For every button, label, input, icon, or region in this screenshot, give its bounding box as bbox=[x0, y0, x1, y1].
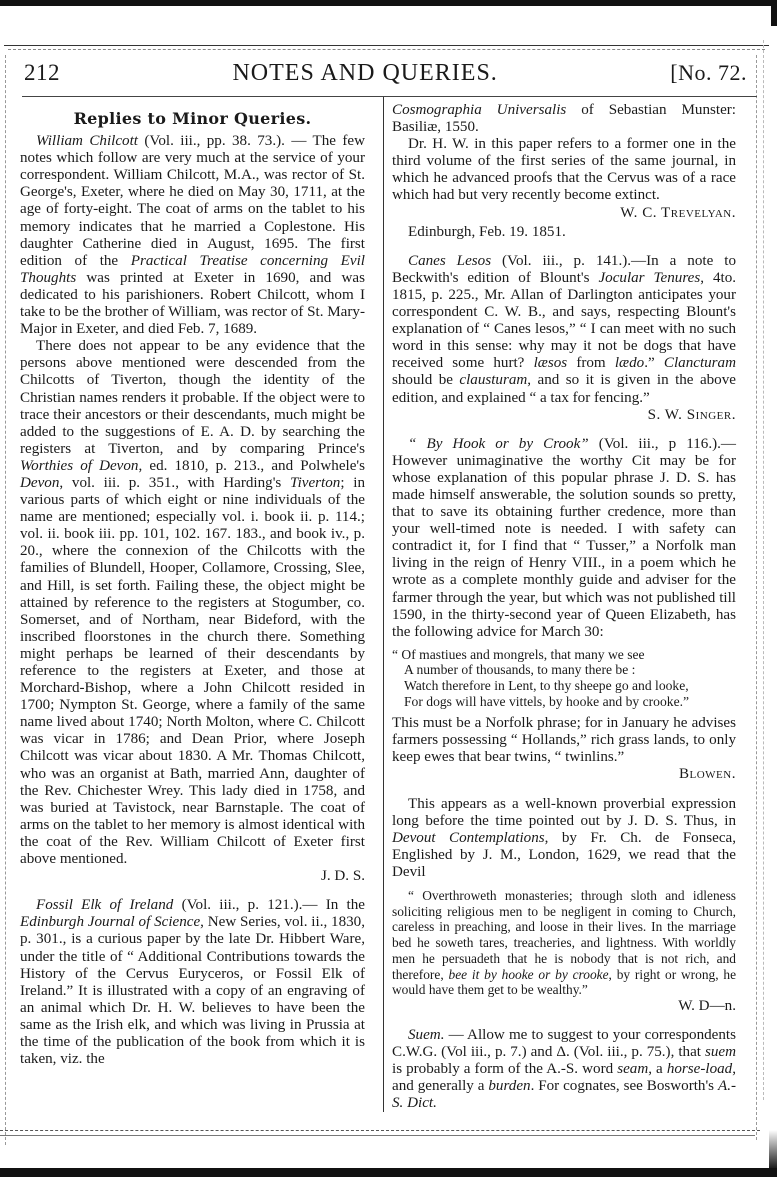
signature: Blowen. bbox=[392, 766, 736, 783]
article-suem: Suem. — Allow me to suggest to your corr… bbox=[392, 1027, 736, 1112]
article-fossil-elk-p1: Fossil Elk of Ireland (Vol. iii., p. 121… bbox=[20, 897, 365, 1068]
page-header: 212 NOTES AND QUERIES. [No. 72. bbox=[24, 56, 747, 90]
book-title: Devout Contemplations bbox=[392, 830, 545, 846]
page-border-right bbox=[756, 55, 757, 1140]
article-reference: (Vol. iii., pp. 38. 73.). bbox=[144, 133, 285, 149]
article-text: . For cognates, see Bosworth's bbox=[531, 1078, 718, 1094]
page-border-left bbox=[5, 55, 6, 1145]
article-text: — In the bbox=[302, 897, 365, 913]
article-text: , New Series, vol. ii., 1830, p. 301., i… bbox=[20, 914, 365, 1067]
header-rule bbox=[22, 96, 757, 97]
word: burden bbox=[488, 1078, 530, 1094]
quote-italic: bee it by hooke or by crooke bbox=[449, 967, 609, 982]
verse-line: For dogs will have vittels, by hooke and… bbox=[392, 694, 736, 710]
article-title: Canes Lesos bbox=[408, 253, 491, 269]
article-fossil-elk-p2: Dr. H. W. in this paper refers to a form… bbox=[392, 136, 736, 221]
article-chilcott-p2: There does not appear to be any evidence… bbox=[20, 338, 365, 885]
page-number: 212 bbox=[24, 60, 60, 86]
article-text: is probably a form of the A.-S. word bbox=[392, 1061, 617, 1077]
article-text: from bbox=[567, 355, 615, 371]
word: horse-load bbox=[667, 1061, 732, 1077]
verse-line: A number of thousands, to many there be … bbox=[392, 662, 736, 678]
article-hook-or-crook-after-verse: This must be a Norfolk phrase; for in Ja… bbox=[392, 715, 736, 783]
page-border-right-outer bbox=[763, 40, 764, 1100]
scan-top-edge bbox=[0, 0, 777, 6]
article-text: should be bbox=[392, 372, 459, 388]
running-title: NOTES AND QUERIES. bbox=[232, 60, 497, 87]
page-border-bottom bbox=[0, 1130, 760, 1131]
latin-word: clausturam bbox=[459, 372, 527, 388]
latin-word: læsos bbox=[534, 355, 568, 371]
journal-title: Edinburgh Journal of Science bbox=[20, 914, 200, 930]
book-title: Worthies of Devon bbox=[20, 458, 138, 474]
article-title: Fossil Elk of Ireland bbox=[36, 897, 173, 913]
article-text: — The few notes which follow are very mu… bbox=[20, 133, 365, 269]
issue-number: [No. 72. bbox=[670, 60, 747, 86]
signature: J. D. S. bbox=[20, 868, 365, 885]
article-text: There does not appear to be any evidence… bbox=[20, 338, 365, 457]
article-text: , vol. iii. p. 351., with Harding's bbox=[59, 475, 290, 491]
verse-line: “ Of mastiues and mongrels, that many we… bbox=[392, 647, 736, 663]
verse-line: Watch therefore in Lent, to thy sheepe g… bbox=[392, 678, 736, 694]
block-quotation: “ Overthroweth monasteries; through slot… bbox=[392, 888, 736, 998]
scan-page-curl bbox=[771, 0, 777, 26]
signature: W. D—n. bbox=[392, 998, 736, 1015]
article-title: William Chilcott bbox=[36, 133, 138, 149]
book-title: Jocular Tenures bbox=[598, 270, 700, 286]
signature: W. C. Trevelyan. bbox=[392, 205, 736, 222]
article-reference: (Vol. iii., p. 141.). bbox=[502, 253, 631, 269]
article-chilcott-p1: William Chilcott (Vol. iii., pp. 38. 73.… bbox=[20, 133, 365, 338]
article-text: — Allow me to suggest to your correspond… bbox=[392, 1027, 736, 1060]
latin-word: lædo bbox=[615, 355, 644, 371]
article-title: “ By Hook or by Crook” bbox=[408, 436, 589, 452]
book-title: Tiverton bbox=[290, 475, 340, 491]
dateline: Edinburgh, Feb. 19. 1851. bbox=[392, 224, 736, 241]
page-border-top bbox=[4, 45, 769, 46]
book-title: Cosmographia Universalis bbox=[392, 102, 566, 118]
article-text: , a bbox=[648, 1061, 667, 1077]
page-border-bottom-outer bbox=[0, 1135, 755, 1136]
right-column: Cosmographia Universalis of Sebastian Mu… bbox=[392, 102, 736, 1113]
verse-quotation: “ Of mastiues and mongrels, that many we… bbox=[392, 647, 736, 709]
scan-page-curl-bottom bbox=[769, 1130, 777, 1170]
signature: S. W. Singer. bbox=[392, 407, 736, 424]
article-hook-or-crook-reply: This appears as a well-known proverbial … bbox=[392, 796, 736, 881]
article-text: This must be a Norfolk phrase; for in Ja… bbox=[392, 715, 736, 765]
word: seam bbox=[617, 1061, 648, 1077]
article-reference: (Vol. iii., p. 121.). bbox=[182, 897, 303, 913]
article-fossil-elk-continued: Cosmographia Universalis of Sebastian Mu… bbox=[392, 102, 736, 136]
scan-bottom-edge bbox=[0, 1168, 777, 1177]
article-text: , ed. 1810, p. 213., and Polwhele's bbox=[138, 458, 365, 474]
word: suem bbox=[705, 1044, 736, 1060]
article-text: Dr. H. W. in this paper refers to a form… bbox=[392, 136, 736, 203]
article-text: ; in various parts of which eight or nin… bbox=[20, 475, 365, 867]
article-title: Suem. bbox=[408, 1027, 444, 1043]
left-column: Replies to Minor Queries. William Chilco… bbox=[20, 100, 365, 1068]
article-text: .” bbox=[644, 355, 664, 371]
article-reference: (Vol. iii., p 116.). bbox=[599, 436, 721, 452]
article-hook-or-crook: “ By Hook or by Crook” (Vol. iii., p 116… bbox=[392, 436, 736, 641]
latin-word: Clancturam bbox=[664, 355, 736, 371]
article-canes-lesos: Canes Lesos (Vol. iii., p. 141.).—In a n… bbox=[392, 253, 736, 424]
page-border-top-inner bbox=[8, 49, 765, 50]
column-divider bbox=[383, 97, 384, 1112]
section-title: Replies to Minor Queries. bbox=[20, 110, 365, 127]
book-title: Devon bbox=[20, 475, 59, 491]
article-text: — However unimaginative the worthy Cit m… bbox=[392, 436, 736, 640]
article-text: This appears as a well-known proverbial … bbox=[392, 796, 736, 829]
